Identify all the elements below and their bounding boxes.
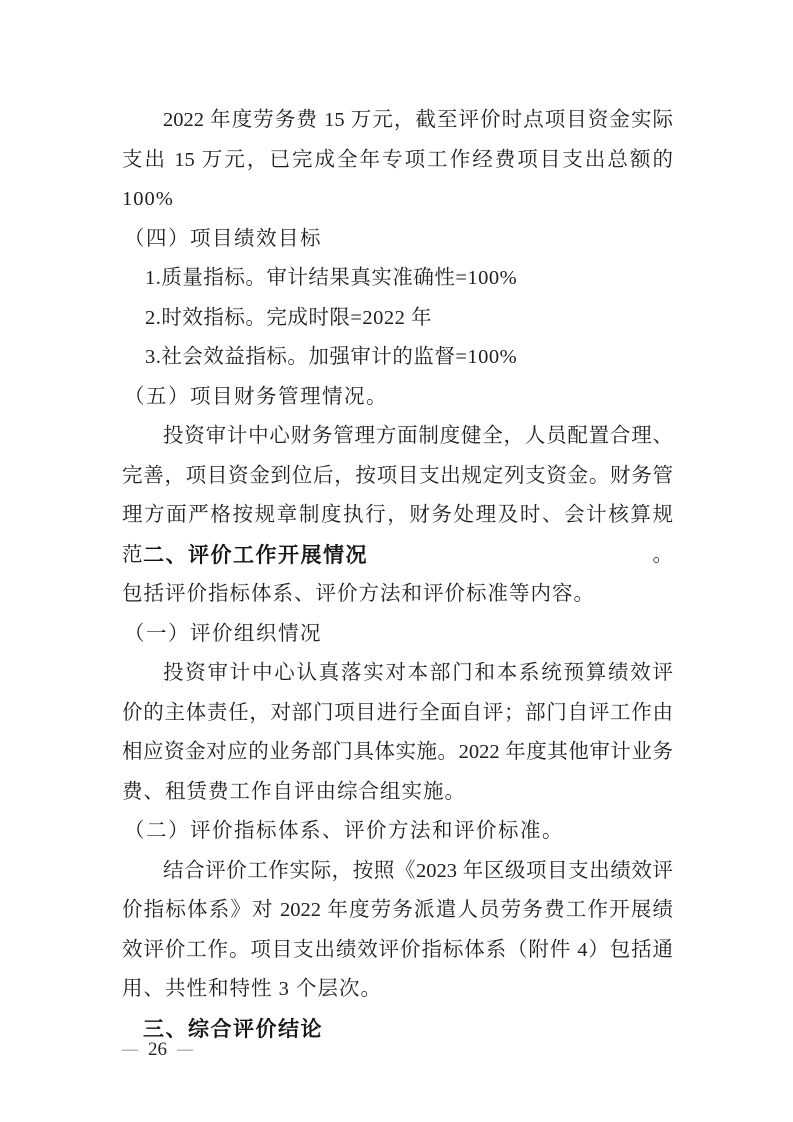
- page-footer: — 26 —: [122, 1036, 193, 1064]
- subsection-heading: （四）项目绩效目标: [122, 220, 673, 260]
- text-line: 1.质量指标。审计结果真实准确性=100%: [145, 259, 673, 299]
- text-line: 效评价工作。项目支出绩效评价指标体系（附件 4）包括通: [122, 931, 673, 971]
- footer-dash-right: —: [177, 1036, 193, 1064]
- list-item: 1.质量指标。审计结果真实准确性=100%: [122, 259, 673, 299]
- text-line: 结合评价工作实际，按照《2023 年区级项目支出绩效评: [122, 852, 673, 892]
- paragraph: 结合评价工作实际，按照《2023 年区级项目支出绩效评价指标体系》对 2022 …: [122, 852, 673, 1010]
- document-body: 2022 年度劳务费 15 万元，截至评价时点项目资金实际支出 15 万元，已完…: [122, 101, 673, 1049]
- text-line: （四）项目绩效目标: [124, 220, 673, 260]
- paragraph: 投资审计中心财务管理方面制度健全，人员配置合理、完善，项目资金到位后，按项目支出…: [122, 417, 673, 536]
- list-item: 2.时效指标。完成时限=2022 年: [122, 299, 673, 339]
- text-line: 2.时效指标。完成时限=2022 年: [145, 299, 673, 339]
- section-heading: 三、综合评价结论: [122, 1010, 673, 1050]
- text-line: 100%: [122, 180, 673, 220]
- text-line: 包括评价指标体系、评价方法和评价标准等内容。: [122, 575, 673, 615]
- text-line: 相应资金对应的业务部门具体实施。2022 年度其他审计业务: [122, 733, 673, 773]
- text-line: （五）项目财务管理情况。: [124, 378, 673, 418]
- paragraph: 包括评价指标体系、评价方法和评价标准等内容。: [122, 575, 673, 615]
- text-line: （二）评价指标体系、评价方法和评价标准。: [124, 812, 673, 852]
- text-line: 支出 15 万元，已完成全年专项工作经费项目支出总额的: [122, 141, 673, 181]
- document-page: 2022 年度劳务费 15 万元，截至评价时点项目资金实际支出 15 万元，已完…: [0, 0, 793, 1122]
- subsection-heading: （五）项目财务管理情况。: [122, 378, 673, 418]
- text-line: 费、租赁费工作自评由综合组实施。: [122, 773, 673, 813]
- subsection-heading: （二）评价指标体系、评价方法和评价标准。: [122, 812, 673, 852]
- text-line: 完善，项目资金到位后，按项目支出规定列支资金。财务管: [122, 457, 673, 497]
- subsection-heading: （一）评价组织情况: [122, 615, 673, 655]
- text-line: （一）评价组织情况: [124, 615, 673, 655]
- text-line: 2022 年度劳务费 15 万元，截至评价时点项目资金实际: [122, 101, 673, 141]
- text-line: 理方面严格按规章制度执行，财务处理及时、会计核算规范。: [122, 496, 673, 536]
- text-line: 投资审计中心认真落实对本部门和本系统预算绩效评: [122, 654, 673, 694]
- text-line: 用、共性和特性 3 个层次。: [122, 970, 673, 1010]
- text-line: 三、综合评价结论: [143, 1010, 673, 1050]
- text-line: 价的主体责任，对部门项目进行全面自评；部门自评工作由: [122, 694, 673, 734]
- paragraph: 投资审计中心认真落实对本部门和本系统预算绩效评价的主体责任，对部门项目进行全面自…: [122, 654, 673, 812]
- text-line: 3.社会效益指标。加强审计的监督=100%: [145, 338, 673, 378]
- page-number: 26: [148, 1036, 167, 1064]
- text-line: 投资审计中心财务管理方面制度健全，人员配置合理、: [122, 417, 673, 457]
- footer-dash-left: —: [122, 1036, 138, 1064]
- paragraph: 2022 年度劳务费 15 万元，截至评价时点项目资金实际支出 15 万元，已完…: [122, 101, 673, 220]
- text-line: 价指标体系》对 2022 年度劳务派遣人员劳务费工作开展绩: [122, 891, 673, 931]
- list-item: 3.社会效益指标。加强审计的监督=100%: [122, 338, 673, 378]
